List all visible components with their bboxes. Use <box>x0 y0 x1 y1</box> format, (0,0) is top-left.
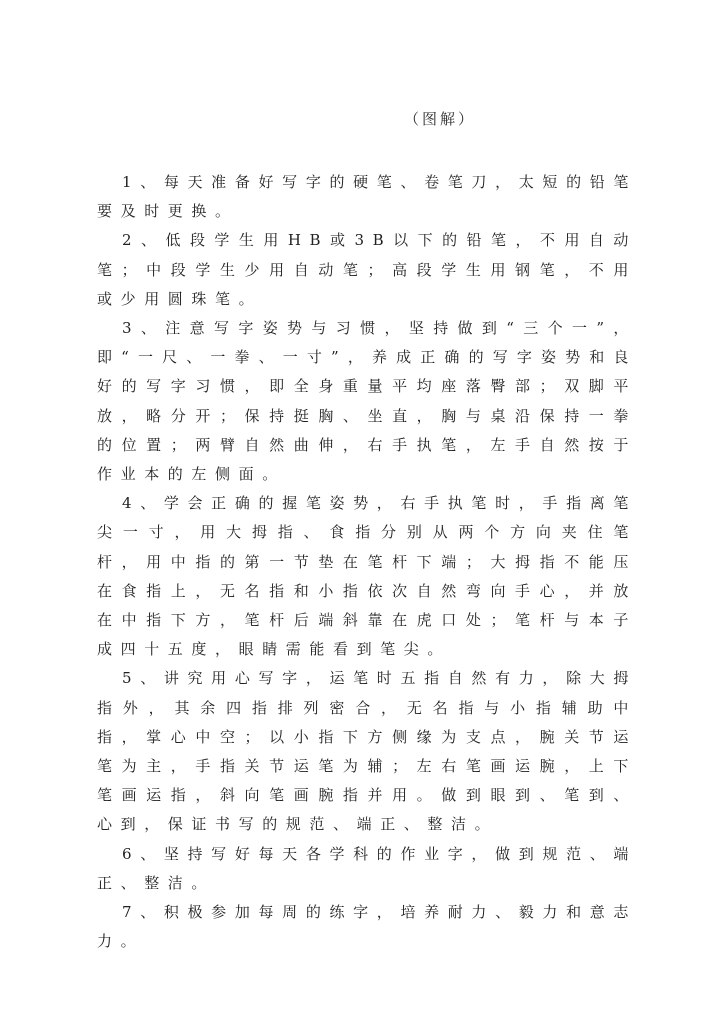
list-item-7: 7、积极参加每周的练字，培养耐力、毅力和意志力。 <box>97 898 637 956</box>
list-item-4: 4、学会正确的握笔姿势，右手执笔时，手指离笔尖一寸，用大拇指、食指分别从两个方向… <box>97 489 637 664</box>
list-item-6: 6、坚持写好每天各学科的作业字，做到规范、端正、整洁。 <box>97 840 637 898</box>
list-item-5: 5、讲究用心写字，运笔时五指自然有力，除大拇指外，其余四指排列密合，无名指与小指… <box>97 664 637 839</box>
figure-caption: （图解） <box>404 108 476 129</box>
list-item-3: 3、注意写字姿势与习惯，坚持做到“三个一”，即“一尺、一拳、一寸”，养成正确的写… <box>97 314 637 489</box>
list-item-2: 2、低段学生用HB或3B以下的铅笔，不用自动笔；中段学生少用自动笔；高段学生用钢… <box>97 226 637 314</box>
document-body: 1、每天准备好写字的硬笔、卷笔刀，太短的铅笔要及时更换。 2、低段学生用HB或3… <box>97 168 637 956</box>
list-item-1: 1、每天准备好写字的硬笔、卷笔刀，太短的铅笔要及时更换。 <box>97 168 637 226</box>
document-page: （图解） 1、每天准备好写字的硬笔、卷笔刀，太短的铅笔要及时更换。 2、低段学生… <box>0 0 724 1024</box>
